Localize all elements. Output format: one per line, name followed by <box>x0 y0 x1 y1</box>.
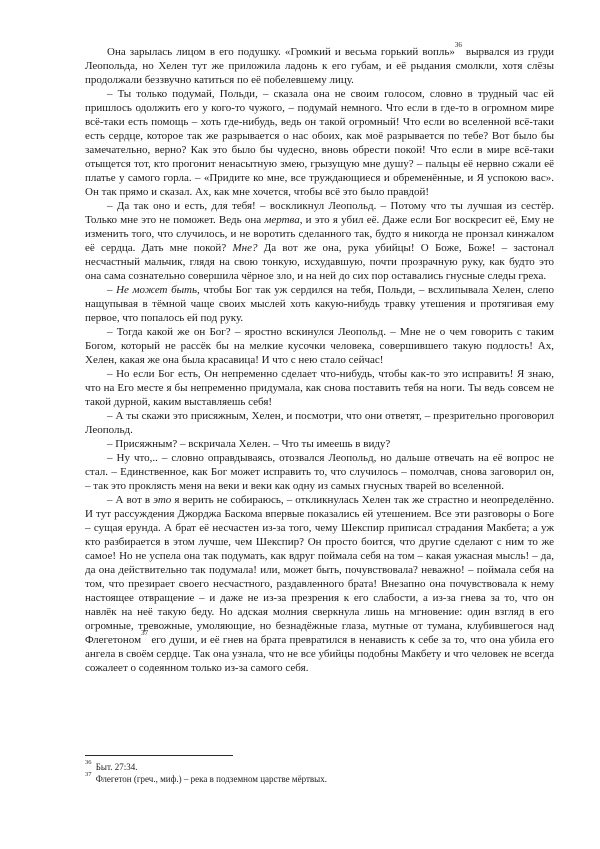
paragraph: Она зарылась лицом в его подушку. «Громк… <box>85 45 554 87</box>
footnote-text: Быт. 27:34. <box>94 762 138 772</box>
footnote: 37 Флегетон (греч., миф.) – река в подзе… <box>85 773 554 785</box>
text-run: – Присяжным? – вскричала Хелен. – Что ты… <box>107 438 390 450</box>
footnote: 36 Быт. 27:34. <box>85 761 554 773</box>
paragraph: – Тогда какой же он Бог? – яростно вскин… <box>85 325 554 367</box>
text-run: Мне? <box>232 242 257 254</box>
text-run: – А ты скажи это присяжным, Хелен, и пос… <box>85 410 554 436</box>
text-run: Не может быть, <box>116 284 200 296</box>
text-run: – А вот в <box>107 494 153 506</box>
paragraph: – А ты скажи это присяжным, Хелен, и пос… <box>85 409 554 437</box>
text-run: – Но если Бог есть, Он непременно сделае… <box>85 368 554 408</box>
footnote-block: 36 Быт. 27:34.37 Флегетон (греч., миф.) … <box>85 755 554 785</box>
paragraph: – А вот в это я верить не собираюсь, – о… <box>85 493 554 675</box>
text-run: мертва <box>264 214 299 226</box>
footnote-ref: 37 <box>141 629 148 637</box>
paragraph: – Не может быть, чтобы Бог так уж сердил… <box>85 283 554 325</box>
footnotes: 36 Быт. 27:34.37 Флегетон (греч., миф.) … <box>85 761 554 785</box>
paragraph: – Присяжным? – вскричала Хелен. – Что ты… <box>85 437 554 451</box>
paragraph: – Ну что,.. – словно оправдываясь, отозв… <box>85 451 554 493</box>
paragraph: – Да так оно и есть, для тебя! – восклик… <box>85 199 554 283</box>
footnote-marker: 36 <box>85 759 92 766</box>
footnote-ref: 36 <box>455 41 462 49</box>
text-run: я верить не собираюсь, – откликнулась Хе… <box>85 494 554 646</box>
text-run: – Тогда какой же он Бог? – яростно вскин… <box>85 326 554 366</box>
text-run: – Ну что,.. – словно оправдываясь, отозв… <box>85 452 554 492</box>
text-run: – <box>107 284 116 296</box>
paragraph: – Ты только подумай, Польди, – сказала о… <box>85 87 554 199</box>
text-run: Она зарылась лицом в его подушку. «Громк… <box>107 46 455 58</box>
paragraph: – Но если Бог есть, Он непременно сделае… <box>85 367 554 409</box>
footnote-marker: 37 <box>85 771 92 778</box>
body-text: Она зарылась лицом в его подушку. «Громк… <box>85 45 554 675</box>
text-run: – Ты только подумай, Польди, – сказала о… <box>85 88 554 198</box>
text-run: это <box>153 494 171 506</box>
footnote-separator <box>85 755 233 756</box>
document-page: Она зарылась лицом в его подушку. «Громк… <box>0 0 600 849</box>
footnote-text: Флегетон (греч., миф.) – река в подземно… <box>94 774 327 784</box>
text-run: его души, и её гнев на брата превратился… <box>85 634 554 674</box>
